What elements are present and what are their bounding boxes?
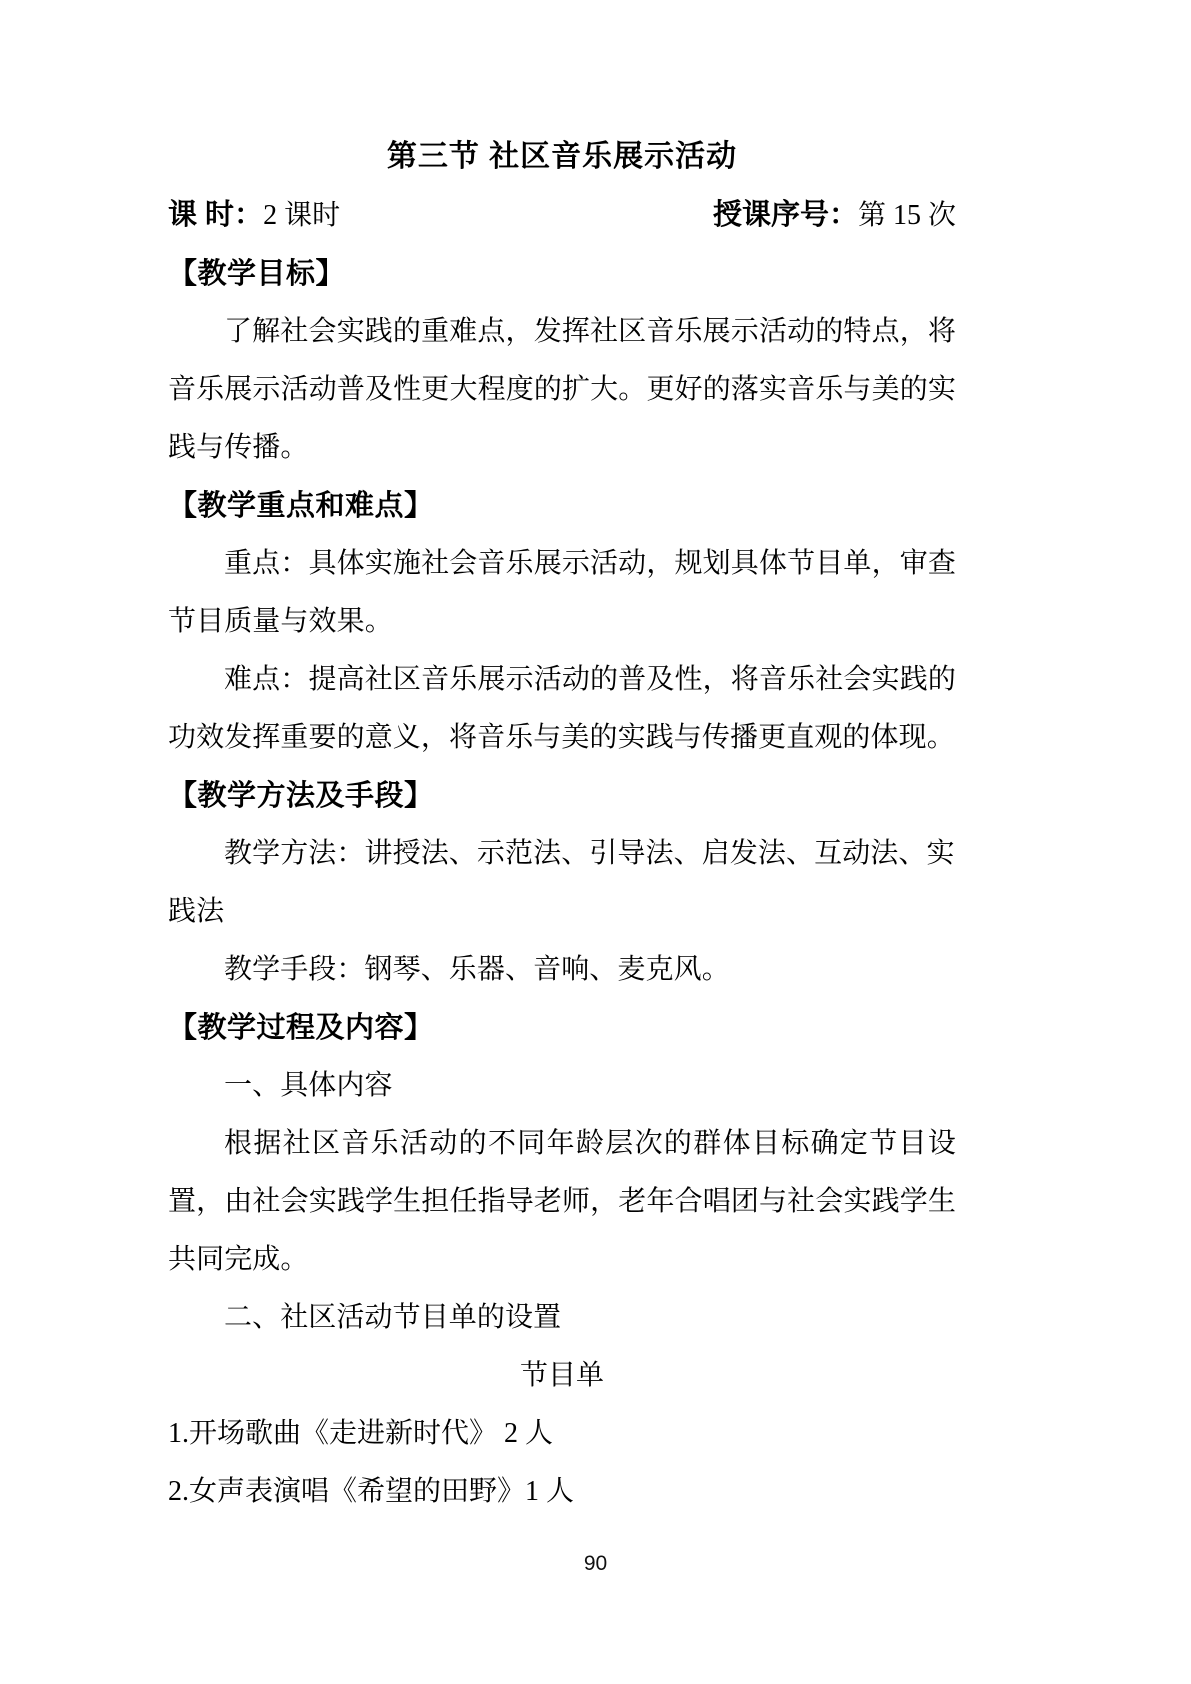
- process-item-2: 二、社区活动节目单的设置: [168, 1289, 956, 1347]
- teaching-methods-line: 教学方法：讲授法、示范法、引导法、启发法、互动法、实践法: [168, 825, 956, 941]
- objectives-paragraph: 了解社会实践的重难点，发挥社区音乐展示活动的特点，将音乐展示活动普及性更大程度的…: [168, 303, 956, 477]
- program-item-1: 1.开场歌曲《走进新时代》 2 人: [168, 1405, 956, 1463]
- difficult-point-paragraph: 难点：提高社区音乐展示活动的普及性，将音乐社会实践的功效发挥重要的意义，将音乐与…: [168, 651, 956, 767]
- section-heading-key-points: 【教学重点和难点】: [168, 477, 956, 535]
- section-heading-objectives: 【教学目标】: [168, 245, 956, 303]
- program-item-2: 2.女声表演唱《希望的田野》1 人: [168, 1463, 956, 1521]
- page-number: 90: [0, 1552, 1191, 1576]
- key-point-paragraph: 重点：具体实施社会音乐展示活动，规划具体节目单，审查节目质量与效果。: [168, 535, 956, 651]
- session-number-label: 授课序号：: [713, 199, 858, 231]
- program-list-title: 节目单: [168, 1347, 956, 1405]
- process-item-1: 一、具体内容: [168, 1057, 956, 1115]
- section-heading-process: 【教学过程及内容】: [168, 999, 956, 1057]
- process-paragraph: 根据社区音乐活动的不同年龄层次的群体目标确定节目设置，由社会实践学生担任指导老师…: [168, 1115, 956, 1289]
- page-title: 第三节 社区音乐展示活动: [168, 128, 956, 186]
- session-number-value: 第 15 次: [858, 200, 956, 231]
- teaching-tools-line: 教学手段：钢琴、乐器、音响、麦克风。: [168, 941, 956, 999]
- class-hours-value: 2 课时: [263, 200, 340, 231]
- meta-row: 课 时：2 课时 授课序号：第 15 次: [168, 186, 956, 245]
- section-heading-methods: 【教学方法及手段】: [168, 767, 956, 825]
- session-number: 授课序号：第 15 次: [713, 186, 956, 245]
- document-page: 第三节 社区音乐展示活动 课 时：2 课时 授课序号：第 15 次 【教学目标】…: [0, 0, 1191, 1684]
- document-content: 第三节 社区音乐展示活动 课 时：2 课时 授课序号：第 15 次 【教学目标】…: [168, 128, 956, 1521]
- class-hours-label: 课 时：: [168, 199, 263, 231]
- class-hours: 课 时：2 课时: [168, 186, 340, 245]
